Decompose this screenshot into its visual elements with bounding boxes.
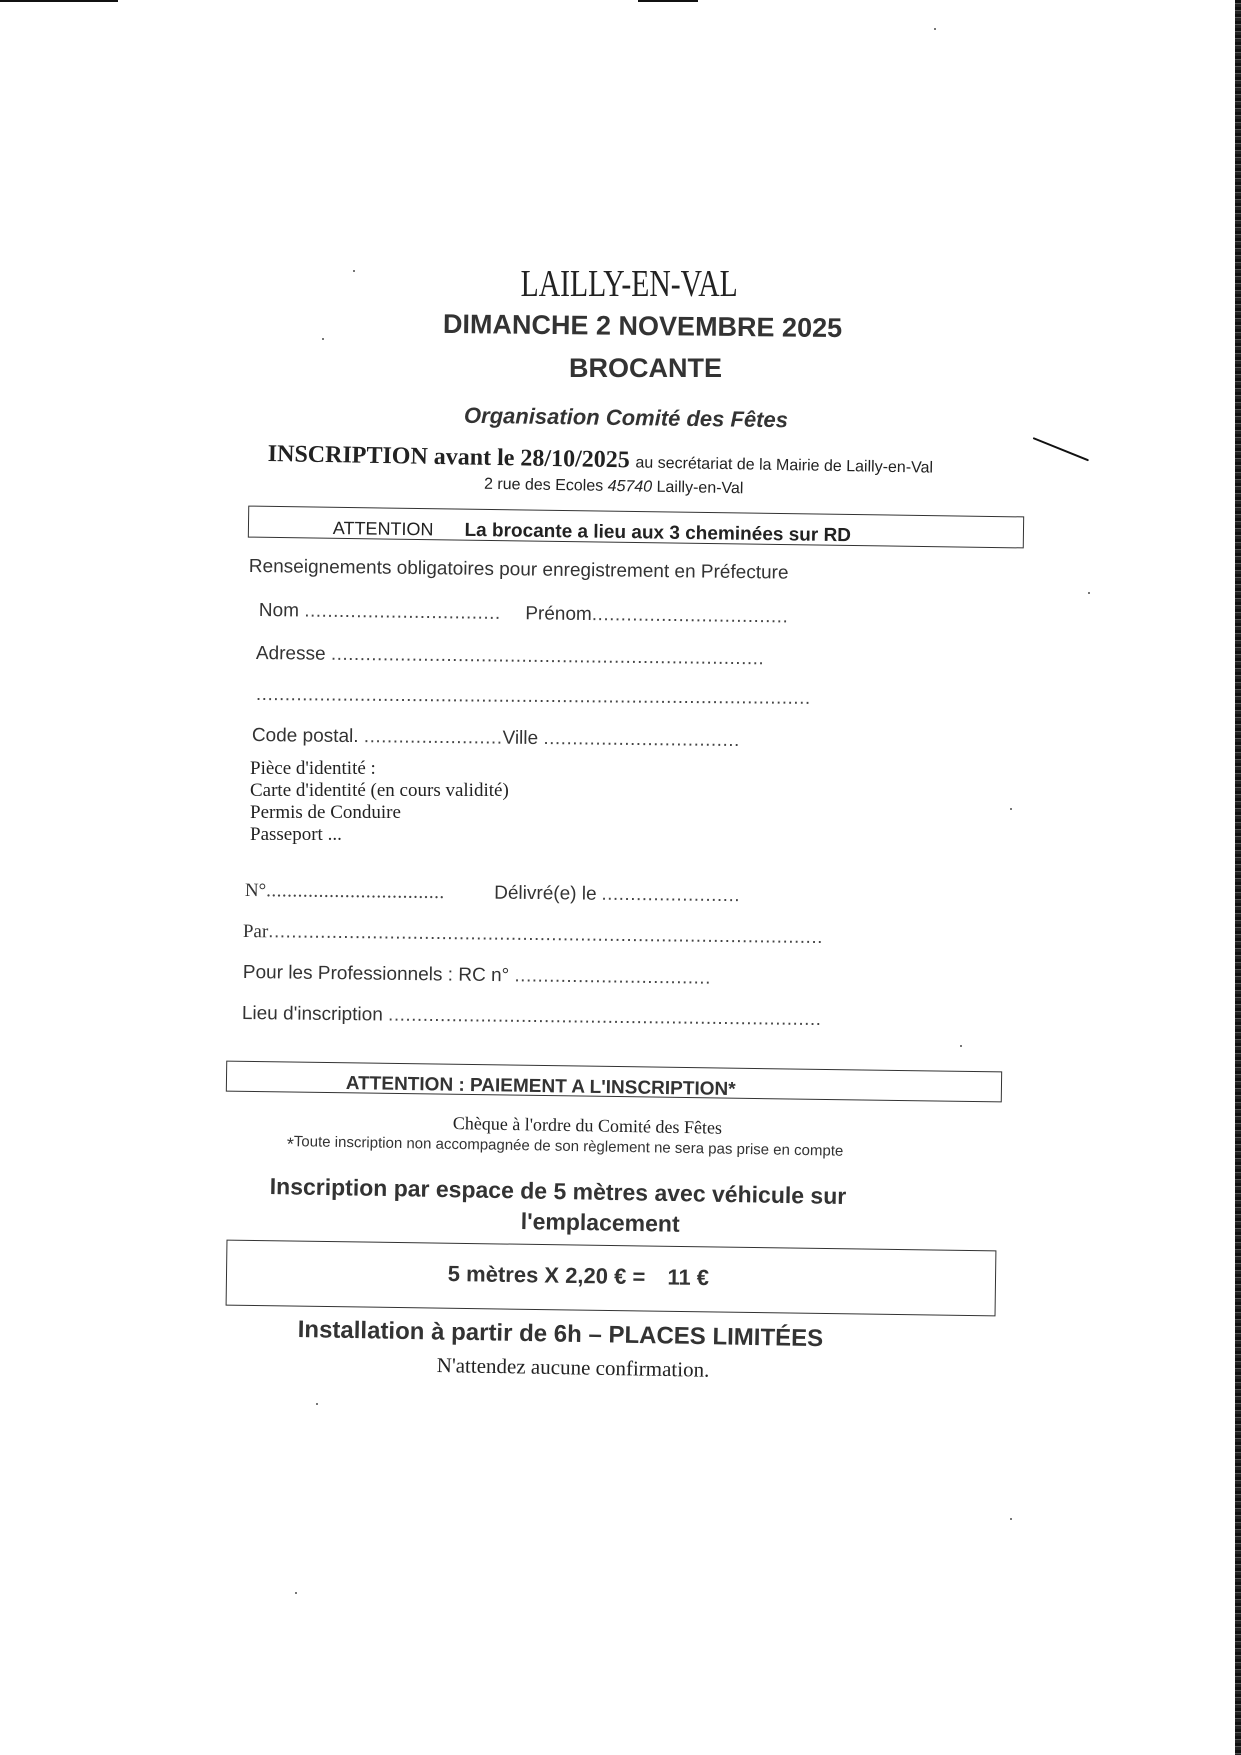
price-formula: 5 mètres X 2,20 € = <box>448 1261 646 1289</box>
attention-message: La brocante a lieu aux 3 cheminées sur R… <box>464 520 851 546</box>
lieu-label: Lieu d'inscription <box>242 1003 383 1025</box>
issued-by-row: Par.....................................… <box>243 921 823 949</box>
scan-speck <box>1010 808 1012 810</box>
delivre-field[interactable]: ........................ <box>601 884 740 906</box>
code-postal-field[interactable]: ........................ <box>364 726 503 748</box>
address-town: Lailly-en-Val <box>656 479 743 498</box>
address-street: 2 rue des Ecoles <box>484 476 603 495</box>
event-date: DIMANCHE 2 NOVEMBRE 2025 <box>443 309 842 344</box>
cheque-info: Chèque à l'ordre du Comité des Fêtes <box>453 1113 723 1139</box>
price-calculation: 5 mètres X 2,20 € = 11 € <box>448 1261 710 1291</box>
scan-speck <box>322 338 324 340</box>
payment-note: *Toute inscription non accompagnée de so… <box>287 1133 844 1165</box>
nom-label: Nom <box>259 600 299 621</box>
ville-label: Ville <box>502 728 538 749</box>
delivre-label: Délivré(e) le <box>494 883 597 905</box>
attention-label: ATTENTION <box>333 518 434 539</box>
numero-label: N° <box>245 880 267 901</box>
inscription-location: au secrétariat de la Mairie de Lailly-en… <box>635 454 933 476</box>
nom-field[interactable]: .................................. <box>304 601 501 624</box>
pricing-line-2: l'emplacement <box>521 1208 680 1238</box>
identity-documents: Pièce d'identité : Carte d'identité (en … <box>250 758 509 846</box>
inscription-deadline: INSCRIPTION avant le 28/10/2025 au secré… <box>268 441 934 480</box>
installation-info: Installation à partir de 6h – PLACES LIM… <box>298 1316 824 1353</box>
numero-field[interactable]: .................................. <box>266 880 445 903</box>
scan-speck <box>1010 1518 1012 1520</box>
scan-artifact-top-left <box>0 0 118 2</box>
prenom-label: Prénom <box>525 603 592 625</box>
address-postcode: 45740 <box>608 478 653 496</box>
town-title: LAILLY-EN-VAL <box>145 262 1113 306</box>
scan-speck <box>960 1045 962 1047</box>
par-field[interactable]: ........................................… <box>268 921 823 948</box>
pro-label: Pour les Professionnels : RC n° <box>243 962 510 986</box>
adresse-label: Adresse <box>256 643 326 665</box>
scan-speck <box>295 1592 297 1594</box>
postcode-row: Code postal. ........................Vil… <box>252 725 740 752</box>
address-row-2: ........................................… <box>256 684 811 710</box>
prenom-field[interactable]: .................................. <box>592 604 789 627</box>
lieu-field[interactable]: ........................................… <box>388 1005 822 1031</box>
name-row: Nom .................................. P… <box>259 600 789 628</box>
price-total: 11 € <box>667 1264 709 1290</box>
note-text: Toute inscription non accompagnée de son… <box>294 1133 844 1160</box>
scan-speck <box>316 1403 318 1405</box>
professional-row: Pour les Professionnels : RC n° ........… <box>243 962 711 990</box>
scan-speck <box>1088 592 1090 594</box>
ville-field[interactable]: .................................. <box>543 728 740 751</box>
mairie-address: 2 rue des Ecoles 45740 Lailly-en-Val <box>484 476 744 499</box>
adresse-field[interactable]: ........................................… <box>331 644 765 670</box>
scan-artifact-top-right <box>638 0 698 2</box>
par-label: Par <box>243 921 269 942</box>
organiser: Organisation Comité des Fêtes <box>464 403 788 434</box>
scan-edge-right <box>1235 0 1241 1755</box>
form-intro: Renseignements obligatoires pour enregis… <box>249 556 789 585</box>
pen-mark <box>1033 437 1089 461</box>
id-number-row: N°.................................. Dél… <box>245 880 740 907</box>
registration-place-row: Lieu d'inscription .....................… <box>242 1003 822 1031</box>
adresse-field-2[interactable]: ........................................… <box>256 684 811 709</box>
inscription-deadline-text: INSCRIPTION avant le 28/10/2025 <box>268 441 630 473</box>
code-postal-label: Code postal. <box>252 725 359 747</box>
rc-number-field[interactable]: .................................. <box>514 965 711 988</box>
confirmation-note: N'attendez aucune confirmation. <box>437 1353 710 1383</box>
pricing-line-1: Inscription par espace de 5 mètres avec … <box>270 1173 847 1210</box>
event-title: BROCANTE <box>569 353 722 384</box>
address-row: Adresse ................................… <box>256 643 765 670</box>
scan-speck <box>934 28 936 30</box>
